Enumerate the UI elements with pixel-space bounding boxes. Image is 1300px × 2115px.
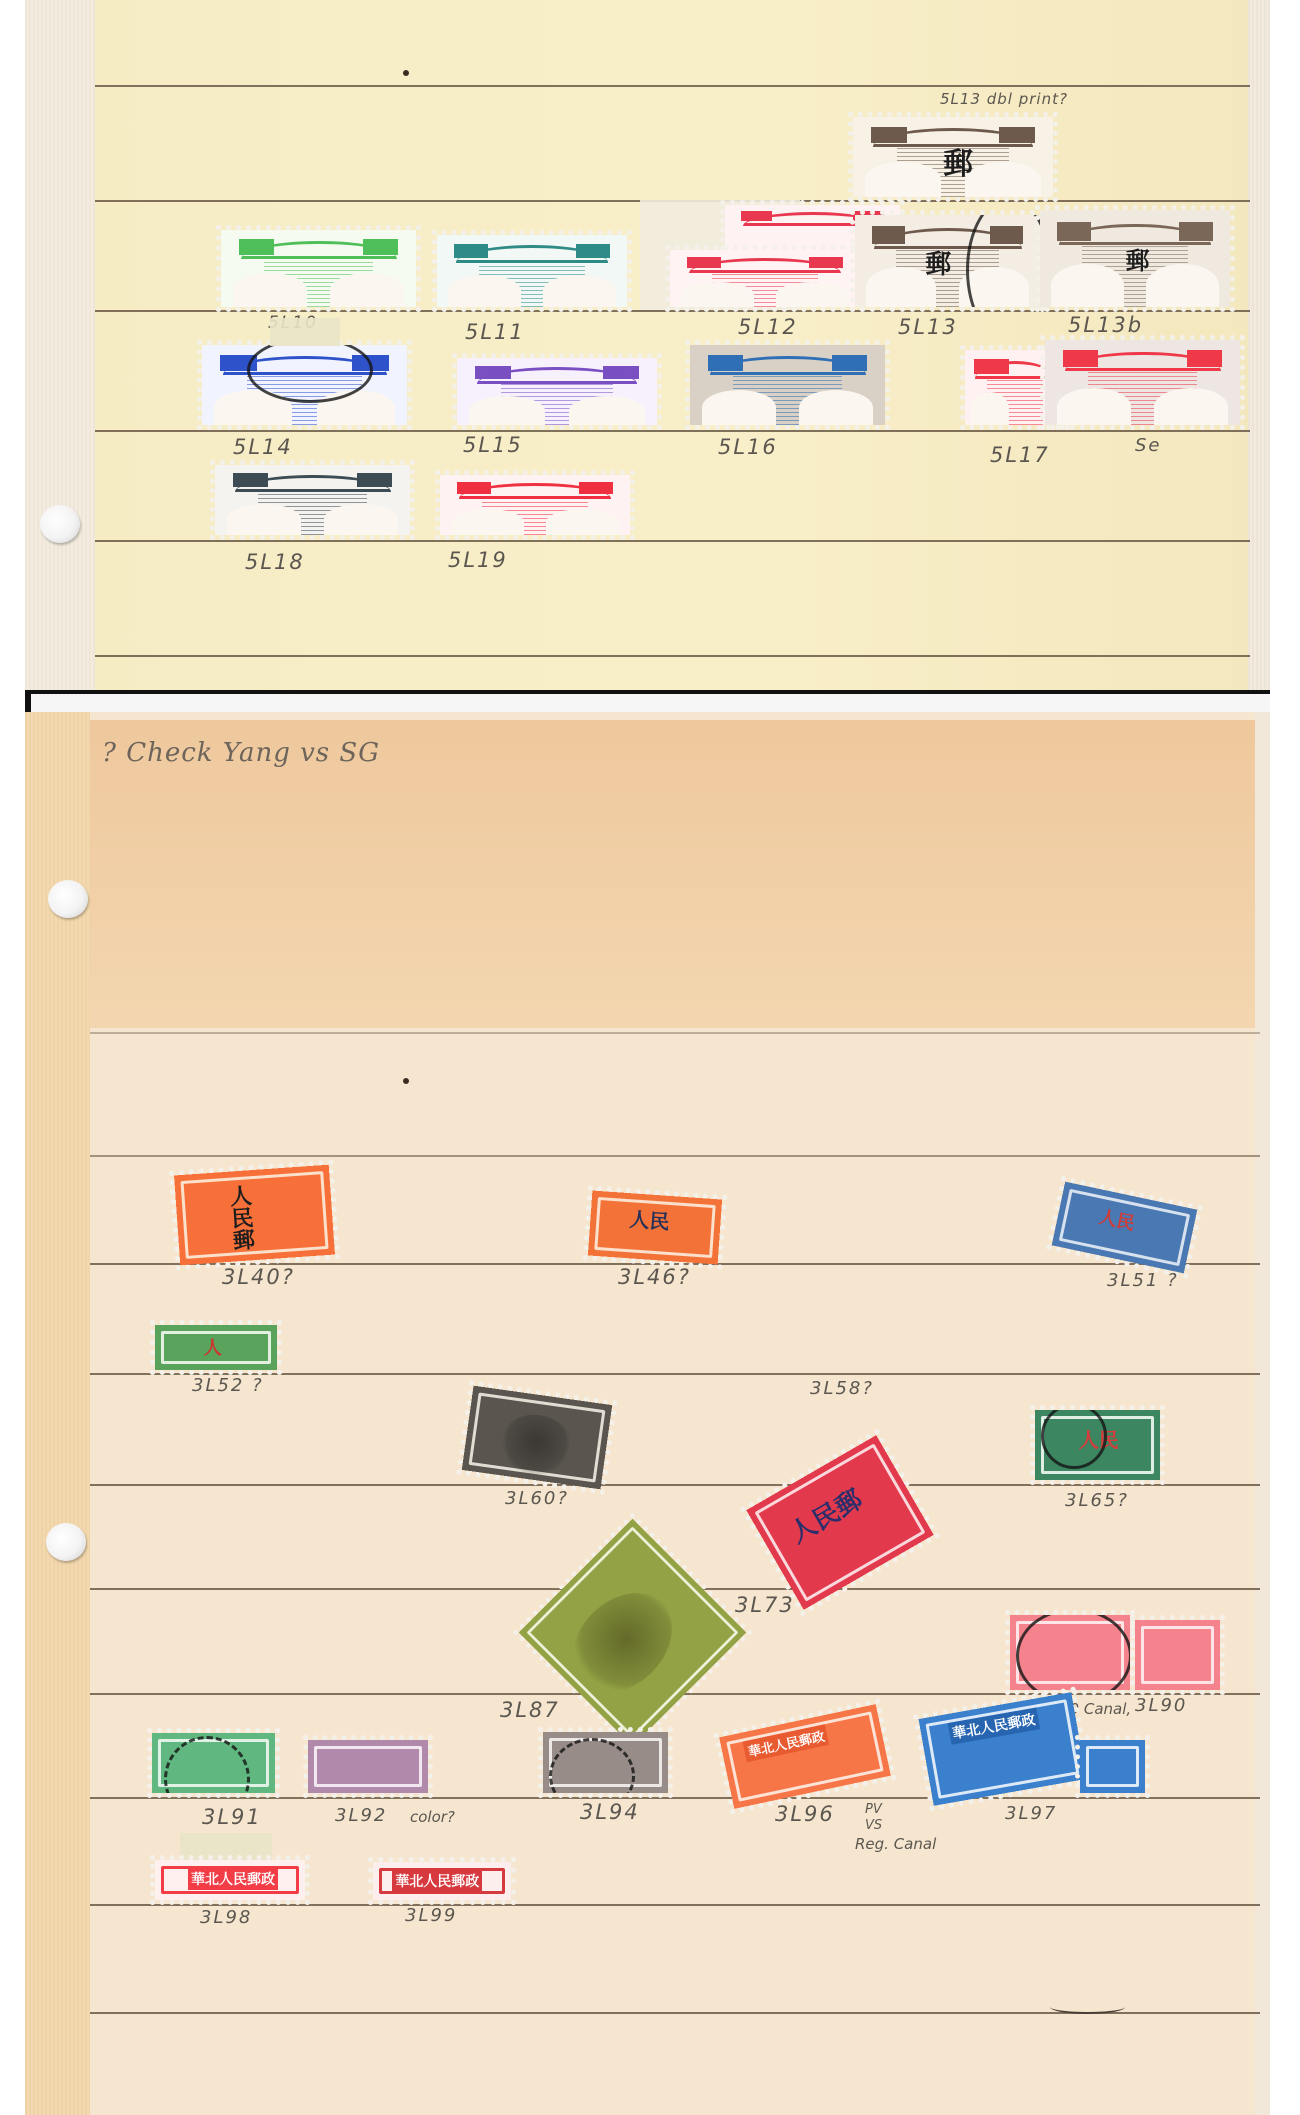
stamp-5l12[interactable]: [665, 245, 865, 312]
stamp-5l18[interactable]: [210, 460, 415, 540]
overprint-text: 人民郵: [229, 1186, 264, 1254]
stamp-5l15[interactable]: [452, 353, 662, 430]
stamp-design: [702, 390, 776, 425]
label-5l15: 5L15: [463, 433, 523, 457]
postmark: [966, 210, 1045, 312]
binder-hole: [48, 880, 88, 918]
stamp-design: [1057, 388, 1131, 425]
stamp-3l98[interactable]: 華北人民郵政: [150, 1855, 310, 1905]
stamp-5l14[interactable]: [197, 340, 412, 430]
overprint-text: 郵: [925, 244, 951, 281]
label-3l65: 3L65?: [1065, 1490, 1129, 1511]
label-3l58: 3L58?: [810, 1378, 874, 1399]
stamp-design: [469, 396, 545, 425]
label-3l52: 3L52 ?: [192, 1375, 264, 1396]
label-3l51: 3L51 ?: [1107, 1270, 1179, 1291]
stamp-5l13b[interactable]: 郵: [1035, 205, 1235, 312]
stamp-design: [799, 390, 873, 425]
label-3l96-note-2: VS: [865, 1818, 882, 1833]
label-5l13-note: 5L13 dbl print?: [940, 90, 1068, 108]
overprint-text: 人: [204, 1334, 222, 1360]
label-5l11: 5L11: [465, 320, 525, 344]
stamp-design: [314, 1746, 422, 1787]
stamp-design: [1141, 1626, 1214, 1684]
label-3l90: 3L90: [1135, 1695, 1187, 1716]
stamp-5l17[interactable]: [1040, 335, 1245, 430]
overprint-text: 人民: [629, 1203, 671, 1235]
stamp-5l10[interactable]: [216, 225, 421, 312]
overprint-text: 郵: [943, 139, 973, 183]
stamp-5l16[interactable]: [685, 340, 890, 430]
album-rule: [95, 430, 1250, 432]
label-5l14: 5L14: [233, 435, 293, 459]
page-divider: [25, 690, 1270, 712]
label-se: Se: [1135, 435, 1162, 456]
stamp-design: [776, 282, 848, 307]
album-rule: [90, 1155, 1260, 1157]
binder-hole: [46, 1523, 86, 1561]
label-3l96-note-1: PV: [865, 1802, 882, 1817]
label-3l73: 3L73: [735, 1593, 795, 1617]
label-3l40: 3L40?: [222, 1265, 295, 1289]
stamp-hinge: [270, 318, 340, 346]
stamp-3l65[interactable]: 人民: [1030, 1405, 1165, 1485]
label-3l92: 3L92: [335, 1805, 387, 1826]
label-5l16: 5L16: [718, 435, 778, 459]
stamp-3l90-b[interactable]: [1130, 1615, 1225, 1695]
binder-hole: [40, 505, 80, 543]
stamp-design: [324, 504, 398, 535]
stamp-design: [451, 509, 523, 535]
postmark: [1016, 1610, 1132, 1695]
label-5l19: 5L19: [448, 548, 508, 572]
label-3l60: 3L60?: [505, 1488, 569, 1509]
label-5l18: 5L18: [245, 550, 305, 574]
stamp-design: [233, 273, 307, 307]
stamp-banner-text: 華北人民郵政: [392, 1870, 482, 1892]
binding-strip: [25, 0, 95, 690]
binding-strip: [25, 712, 90, 2115]
header-note: ? Check Yang vs SG: [102, 738, 380, 768]
pencil-mark: [1050, 2000, 1125, 2014]
page-mark: [403, 1078, 409, 1084]
overprint-text: 郵: [1126, 241, 1150, 276]
stamp-5l13[interactable]: 郵: [850, 210, 1045, 312]
label-3l96: 3L96: [775, 1802, 835, 1826]
page-right-edge: [1248, 0, 1270, 690]
label-5l12: 5L12: [738, 315, 798, 339]
stamp-design: [681, 282, 753, 307]
stamp-5l13-dbl[interactable]: 郵: [848, 112, 1058, 202]
stamp-design: [569, 396, 645, 425]
stamp-banner-text: 華北人民郵政: [188, 1868, 278, 1890]
stamp-design: [1154, 388, 1228, 425]
label-5l13b: 5L13b: [1068, 313, 1143, 337]
stamp-3l52[interactable]: 人: [150, 1320, 282, 1375]
stamp-design: [865, 162, 941, 197]
stamp-3l40[interactable]: 人民郵: [169, 1159, 341, 1270]
stamp-3l94[interactable]: [538, 1727, 673, 1798]
stamp-design: [543, 275, 615, 307]
stamp-5l19[interactable]: [435, 470, 635, 540]
label-3l99: 3L99: [405, 1905, 457, 1926]
stamp-3l92[interactable]: [303, 1735, 433, 1798]
label-3l98: 3L98: [200, 1907, 252, 1928]
album-rule: [95, 540, 1250, 542]
stamp-3l99[interactable]: 華北人民郵政: [368, 1857, 516, 1905]
label-3l92-note: color?: [410, 1808, 455, 1826]
label-3l94: 3L94: [580, 1800, 640, 1824]
stamp-3l46[interactable]: 人民: [583, 1185, 728, 1270]
album-rule: [95, 85, 1250, 87]
label-5l17: 5L17: [990, 443, 1050, 467]
stamp-design: [546, 509, 618, 535]
label-3l97: 3L97: [1005, 1803, 1057, 1824]
stamp-design: [965, 162, 1041, 197]
label-3l46: 3L46?: [618, 1265, 691, 1289]
stamp-design: [1051, 264, 1123, 307]
label-3l91: 3L91: [202, 1805, 262, 1829]
stamp-design: [227, 504, 301, 535]
stamp-design: [330, 273, 404, 307]
stamp-3l91[interactable]: [147, 1728, 280, 1798]
stamp-design: [1086, 1746, 1139, 1787]
stamp-3l90-a[interactable]: [1005, 1610, 1135, 1695]
label-3l96-note-3: Reg. Canal: [855, 1835, 936, 1853]
stamp-design: [971, 392, 1009, 425]
stamp-design: [448, 275, 520, 307]
stamp-3l97-b[interactable]: [1075, 1735, 1150, 1798]
album-rule: [95, 655, 1250, 657]
stamp-design: [1146, 264, 1218, 307]
page-mark: [403, 70, 409, 76]
stamp-5l11[interactable]: [432, 230, 632, 312]
label-3l87: 3L87: [500, 1698, 560, 1722]
album-rule: [90, 1032, 1260, 1034]
label-5l13: 5L13: [898, 315, 958, 339]
